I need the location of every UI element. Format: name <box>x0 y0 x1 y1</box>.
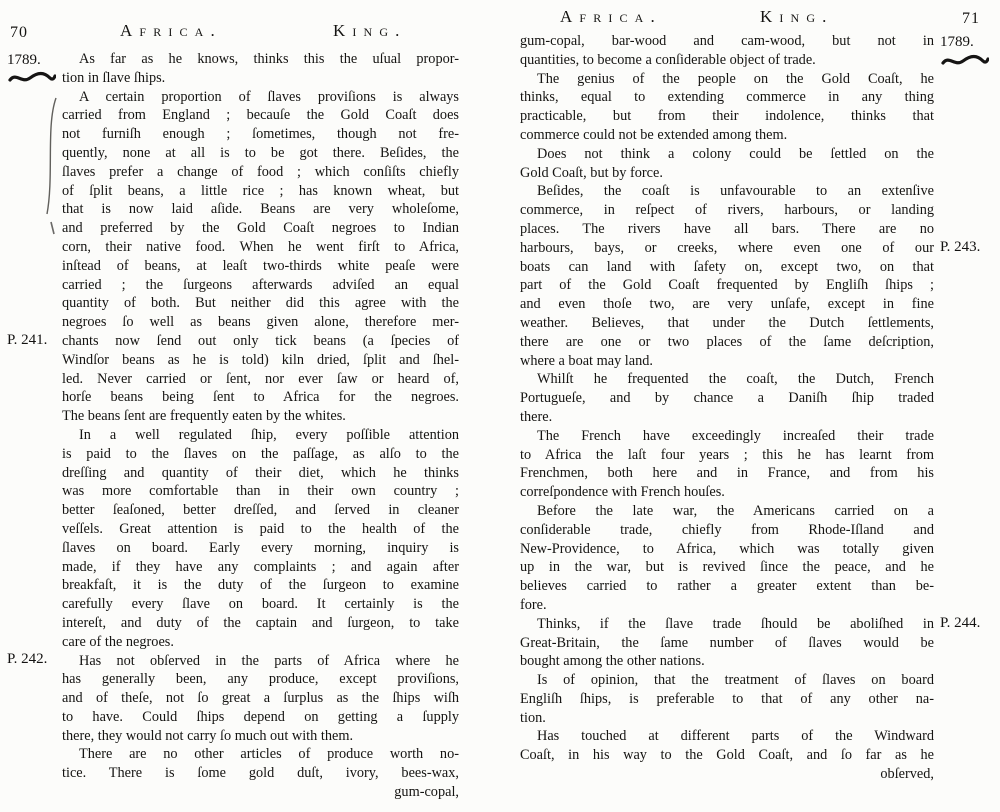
text-line: has generally been, any produce, except … <box>62 670 459 689</box>
text-line: believes carried to rather a greater ext… <box>520 577 934 596</box>
text-line: and preferred by the Gold Coaſt negroes … <box>62 219 459 238</box>
margin-year: 1789. <box>940 34 974 51</box>
text-line: Whilſt he frequented the coaſt, the Dutc… <box>520 370 934 389</box>
text-line: quantity of both. But neither did this a… <box>62 294 459 313</box>
catchword: obſerved, <box>520 765 934 784</box>
text-line: tion in ſlave ſhips. <box>62 69 459 88</box>
running-title-king: King. <box>760 7 834 27</box>
text-line: of ſplit beans, a little rice ; has know… <box>62 182 459 201</box>
text-line: Coaſt, in his way to the Gold Coaſt, and… <box>520 746 934 765</box>
text-line: inſtead of beans, at leaſt two-thirds wh… <box>62 257 459 276</box>
text-line: breakfaſt, it is the duty of the ſurgeon… <box>62 576 459 595</box>
text-line: places. The rivers have all bars. There … <box>520 220 934 239</box>
text-line: Has not obſerved in the parts of Africa … <box>62 652 459 671</box>
text-line: intereſt, and duty of the captain and ſu… <box>62 614 459 633</box>
text-line: ſlaves prefer a change of food ; which c… <box>62 163 459 182</box>
text-line: and of theſe, not ſo great a ſurplus as … <box>62 689 459 708</box>
page-number: 71 <box>962 10 980 28</box>
text-line: made, if they have any complaints ; and … <box>62 558 459 577</box>
text-line: bought among the other nations. <box>520 652 934 671</box>
text-line: not furniſh enough ; ſometimes, though n… <box>62 125 459 144</box>
text-line: Has touched at different parts of the Wi… <box>520 727 934 746</box>
running-title-africa: Africa. <box>120 21 222 41</box>
text-line: up in the war, but is revived ſince the … <box>520 558 934 577</box>
text-line: Is of opinion, that the treatment of ſla… <box>520 671 934 690</box>
text-line: there, they would not carry ſo much out … <box>62 727 459 746</box>
text-line: practicable, but from their indolence, t… <box>520 107 934 126</box>
text-line: ſlaves on board. Early every morning, in… <box>62 539 459 558</box>
text-line: to Africa the laſt four years ; this he … <box>520 446 934 465</box>
text-line: horſe beans being ſent to Africa for the… <box>62 388 459 407</box>
text-line: Portugueſe, and by chance a Daniſh ſhip … <box>520 389 934 408</box>
year-flourish-icon <box>8 71 56 90</box>
text-line: tice. There is ſome gold duſt, ivory, be… <box>62 764 459 783</box>
text-line: led. Never carried or ſent, nor ever ſaw… <box>62 370 459 389</box>
text-line: Great-Britain, the ſame number of ſlaves… <box>520 634 934 653</box>
text-line: New-Providence, to Africa, which was tot… <box>520 540 934 559</box>
text-line: commerce could not be extended among the… <box>520 126 934 145</box>
margin-note-p244: P. 244. <box>940 615 980 632</box>
text-line: A certain proportion of ſlaves proviſion… <box>62 88 459 107</box>
text-line: better ſeaſoned, better dreſſed, and ſer… <box>62 501 459 520</box>
right-page: Africa. King. 71 1789. P. 243. P. 244. g… <box>500 0 1000 812</box>
text-line: harbours, bays, or creeks, where even on… <box>520 239 934 258</box>
text-line: Before the late war, the Americans carri… <box>520 502 934 521</box>
text-line: and even thoſe two, are very unſafe, exc… <box>520 295 934 314</box>
running-title-king: King. <box>333 21 407 41</box>
catchword: gum-copal, <box>62 783 459 802</box>
text-line: part of the Gold Coaſt frequented by Eng… <box>520 276 934 295</box>
text-line: Frenchmen, both here and in France, and … <box>520 464 934 483</box>
text-line: fore. <box>520 596 934 615</box>
text-line: correſpondence with French houſes. <box>520 483 934 502</box>
margin-note-p241: P. 241. <box>7 332 47 349</box>
text-line: Beſides, the coaſt is unfavourable to an… <box>520 182 934 201</box>
text-line: carefully every ſlave on board. It certa… <box>62 595 459 614</box>
text-line: There are no other articles of produce w… <box>62 745 459 764</box>
text-line: chants now ſend out only tick beans (a ſ… <box>62 332 459 351</box>
text-line: there are one or two places of the ſame … <box>520 333 934 352</box>
text-line: was more comfortable than in their own c… <box>62 482 459 501</box>
text-line: Gold Coaſt, but by force. <box>520 164 934 183</box>
left-page: 70 Africa. King. 1789. P. 241. P. 242. A… <box>0 0 500 812</box>
text-line: gum-copal, bar-wood and cam-wood, but no… <box>520 32 934 51</box>
text-line: Thinks, if the ſlave trade ſhould be abo… <box>520 615 934 634</box>
margin-note-p243: P. 243. <box>940 239 980 256</box>
text-line: conſiderable trade, chiefly from Rhode-I… <box>520 521 934 540</box>
text-line: The beans ſent are frequently eaten by t… <box>62 407 459 426</box>
text-line: Windſor beans as he is told) kiln dried,… <box>62 351 459 370</box>
text-line: quently, none at all is to be got there.… <box>62 144 459 163</box>
text-line: there. <box>520 408 934 427</box>
text-line: The French have exceedingly increaſed th… <box>520 427 934 446</box>
margin-stroke-mark <box>42 96 60 241</box>
margin-note-p242: P. 242. <box>7 651 47 668</box>
text-line: is paid to the ſlaves on the paſſage, as… <box>62 445 459 464</box>
text-line: Does not think a colony could be ſettled… <box>520 145 934 164</box>
text-line: thinks, equal to extending commerce in a… <box>520 88 934 107</box>
text-line: dreſſing and quantity of their diet, whi… <box>62 464 459 483</box>
text-line: care of the negroes. <box>62 633 459 652</box>
text-line: commerce, in reſpect of rivers, harbours… <box>520 201 934 220</box>
text-line: negroes ſo well as beans given alone, th… <box>62 313 459 332</box>
text-line: corn, their native food. When he went fi… <box>62 238 459 257</box>
text-column: gum-copal, bar-wood and cam-wood, but no… <box>520 32 934 784</box>
text-line: carried from England ; becauſe the Gold … <box>62 106 459 125</box>
text-line: quantities, to become a conſiderable obj… <box>520 51 934 70</box>
year-flourish-icon <box>941 54 989 73</box>
text-line: The genius of the people on the Gold Coa… <box>520 70 934 89</box>
margin-year: 1789. <box>7 52 41 69</box>
text-line: As far as he knows, thinks this the uſua… <box>62 50 459 69</box>
text-line: carried ; the ſurgeons afterwards adviſe… <box>62 276 459 295</box>
text-column: As far as he knows, thinks this the uſua… <box>62 50 459 802</box>
text-line: to have. Could ſhips depend on getting a… <box>62 708 459 727</box>
text-line: weather. Believes, that under the Dutch … <box>520 314 934 333</box>
running-title-africa: Africa. <box>560 7 662 27</box>
book-scan: 70 Africa. King. 1789. P. 241. P. 242. A… <box>0 0 1000 812</box>
text-line: where a boat may land. <box>520 352 934 371</box>
text-line: Engliſh ſhips, is preferable to that of … <box>520 690 934 709</box>
text-line: tion. <box>520 709 934 728</box>
text-line: that is now laid aſide. Beans are very w… <box>62 200 459 219</box>
text-line: boats can land with ſafety on, except tw… <box>520 258 934 277</box>
text-line: veſſels. Great attention is paid to the … <box>62 520 459 539</box>
text-line: In a well regulated ſhip, every poſſible… <box>62 426 459 445</box>
page-number: 70 <box>10 24 28 42</box>
